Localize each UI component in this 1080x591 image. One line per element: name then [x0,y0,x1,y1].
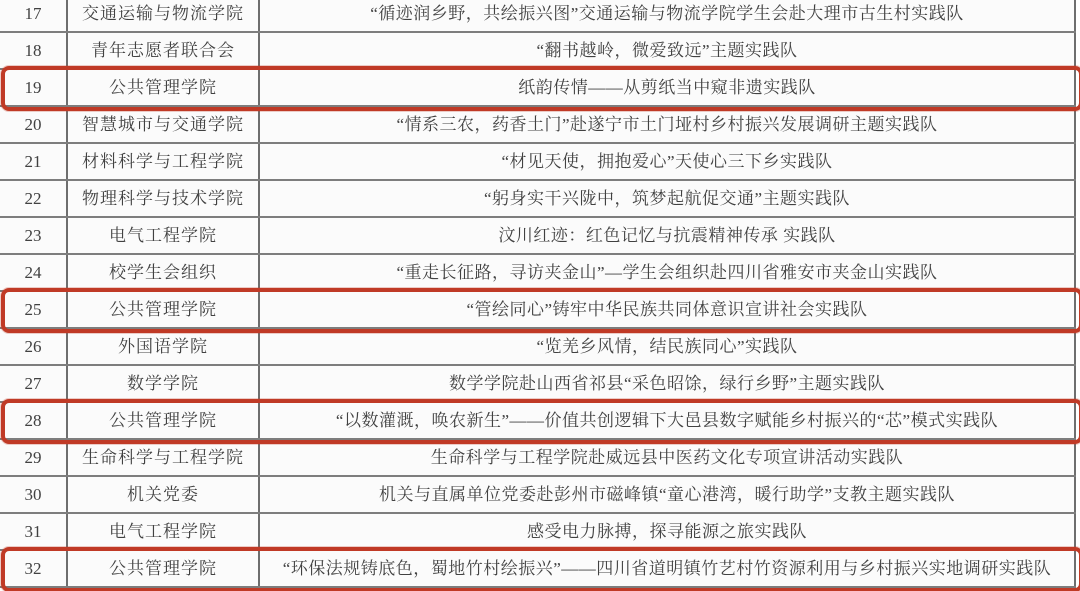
org-name-cell: 外国语学院 [68,329,260,364]
team-name-cell: 感受电力脉搏，探寻能源之旅实践队 [260,514,1076,549]
table-row: 32 公共管理学院 “环保法规铸底色，蜀地竹村绘振兴”——四川省道明镇竹艺村竹资… [0,551,1076,588]
team-name-cell: 数学学院赴山西省祁县“采色昭馀，绿行乡野”主题实践队 [260,366,1076,401]
team-name-cell: “重走长征路，寻访夹金山”—学生会组织赴四川省雅安市夹金山实践队 [260,255,1076,290]
table-row: 26 外国语学院 “览羌乡风情，结民族同心”实践队 [0,329,1076,366]
org-name-cell: 生命科学与工程学院 [68,440,260,475]
row-number-cell: 22 [0,181,68,216]
table-row: 22 物理科学与技术学院 “躬身实干兴陇中，筑梦起航促交通”主题实践队 [0,181,1076,218]
row-number-cell: 28 [0,403,68,438]
table-row: 17 交通运输与物流学院 “循迹润乡野，共绘振兴图”交通运输与物流学院学生会赴大… [0,0,1076,33]
team-name-cell: “情系三农，药香土门”赴遂宁市土门垭村乡村振兴发展调研主题实践队 [260,107,1076,142]
org-name-cell: 公共管理学院 [68,292,260,327]
org-name-cell: 交通运输与物流学院 [68,0,260,31]
team-name-cell: 生命科学与工程学院赴威远县中医药文化专项宣讲活动实践队 [260,440,1076,475]
row-number-cell: 19 [0,70,68,105]
table-row: 21 材料科学与工程学院 “材见天使，拥抱爱心”天使心三下乡实践队 [0,144,1076,181]
org-name-cell: 机关党委 [68,477,260,512]
table-row: 20 智慧城市与交通学院 “情系三农，药香土门”赴遂宁市土门垭村乡村振兴发展调研… [0,107,1076,144]
team-name-cell: “翻书越岭，微爱致远”主题实践队 [260,33,1076,68]
team-name-cell: “材见天使，拥抱爱心”天使心三下乡实践队 [260,144,1076,179]
org-name-cell: 电气工程学院 [68,514,260,549]
row-number-cell: 30 [0,477,68,512]
table-row: 23 电气工程学院 汶川红迹：红色记忆与抗震精神传承 实践队 [0,218,1076,255]
table-row: 24 校学生会组织 “重走长征路，寻访夹金山”—学生会组织赴四川省雅安市夹金山实… [0,255,1076,292]
team-name-cell: “览羌乡风情，结民族同心”实践队 [260,329,1076,364]
row-number-cell: 25 [0,292,68,327]
table-row: 28 公共管理学院 “以数灌溉，唤农新生”——价值共创逻辑下大邑县数字赋能乡村振… [0,403,1076,440]
org-name-cell: 智慧城市与交通学院 [68,107,260,142]
row-number-cell: 21 [0,144,68,179]
table-row: 31 电气工程学院 感受电力脉搏，探寻能源之旅实践队 [0,514,1076,551]
row-number-cell: 32 [0,551,68,586]
table-row: 19 公共管理学院 纸韵传情——从剪纸当中窥非遗实践队 [0,70,1076,107]
document-page: 17 交通运输与物流学院 “循迹润乡野，共绘振兴图”交通运输与物流学院学生会赴大… [0,0,1080,591]
row-number-cell: 20 [0,107,68,142]
team-name-cell: “以数灌溉，唤农新生”——价值共创逻辑下大邑县数字赋能乡村振兴的“芯”模式实践队 [260,403,1076,438]
row-number-cell: 23 [0,218,68,253]
table-row: 29 生命科学与工程学院 生命科学与工程学院赴威远县中医药文化专项宣讲活动实践队 [0,440,1076,477]
team-name-cell: 汶川红迹：红色记忆与抗震精神传承 实践队 [260,218,1076,253]
org-name-cell: 物理科学与技术学院 [68,181,260,216]
org-name-cell: 公共管理学院 [68,551,260,586]
practice-team-table: 17 交通运输与物流学院 “循迹润乡野，共绘振兴图”交通运输与物流学院学生会赴大… [0,0,1076,588]
team-name-cell: “循迹润乡野，共绘振兴图”交通运输与物流学院学生会赴大理市古生村实践队 [260,0,1076,31]
org-name-cell: 电气工程学院 [68,218,260,253]
team-name-cell: 机关与直属单位党委赴彭州市磁峰镇“童心港湾，暖行助学”支教主题实践队 [260,477,1076,512]
org-name-cell: 公共管理学院 [68,70,260,105]
org-name-cell: 青年志愿者联合会 [68,33,260,68]
table-row: 30 机关党委 机关与直属单位党委赴彭州市磁峰镇“童心港湾，暖行助学”支教主题实… [0,477,1076,514]
team-name-cell: “管绘同心”铸牢中华民族共同体意识宣讲社会实践队 [260,292,1076,327]
row-number-cell: 29 [0,440,68,475]
row-number-cell: 17 [0,0,68,31]
org-name-cell: 材料科学与工程学院 [68,144,260,179]
team-name-cell: “环保法规铸底色，蜀地竹村绘振兴”——四川省道明镇竹艺村竹资源利用与乡村振兴实地… [260,551,1076,586]
team-name-cell: “躬身实干兴陇中，筑梦起航促交通”主题实践队 [260,181,1076,216]
org-name-cell: 公共管理学院 [68,403,260,438]
row-number-cell: 18 [0,33,68,68]
org-name-cell: 数学学院 [68,366,260,401]
row-number-cell: 31 [0,514,68,549]
row-number-cell: 27 [0,366,68,401]
team-name-cell: 纸韵传情——从剪纸当中窥非遗实践队 [260,70,1076,105]
page-right-gutter [1076,0,1080,591]
row-number-cell: 24 [0,255,68,290]
table-row: 25 公共管理学院 “管绘同心”铸牢中华民族共同体意识宣讲社会实践队 [0,292,1076,329]
table-row: 27 数学学院 数学学院赴山西省祁县“采色昭馀，绿行乡野”主题实践队 [0,366,1076,403]
table-row: 18 青年志愿者联合会 “翻书越岭，微爱致远”主题实践队 [0,33,1076,70]
row-number-cell: 26 [0,329,68,364]
org-name-cell: 校学生会组织 [68,255,260,290]
